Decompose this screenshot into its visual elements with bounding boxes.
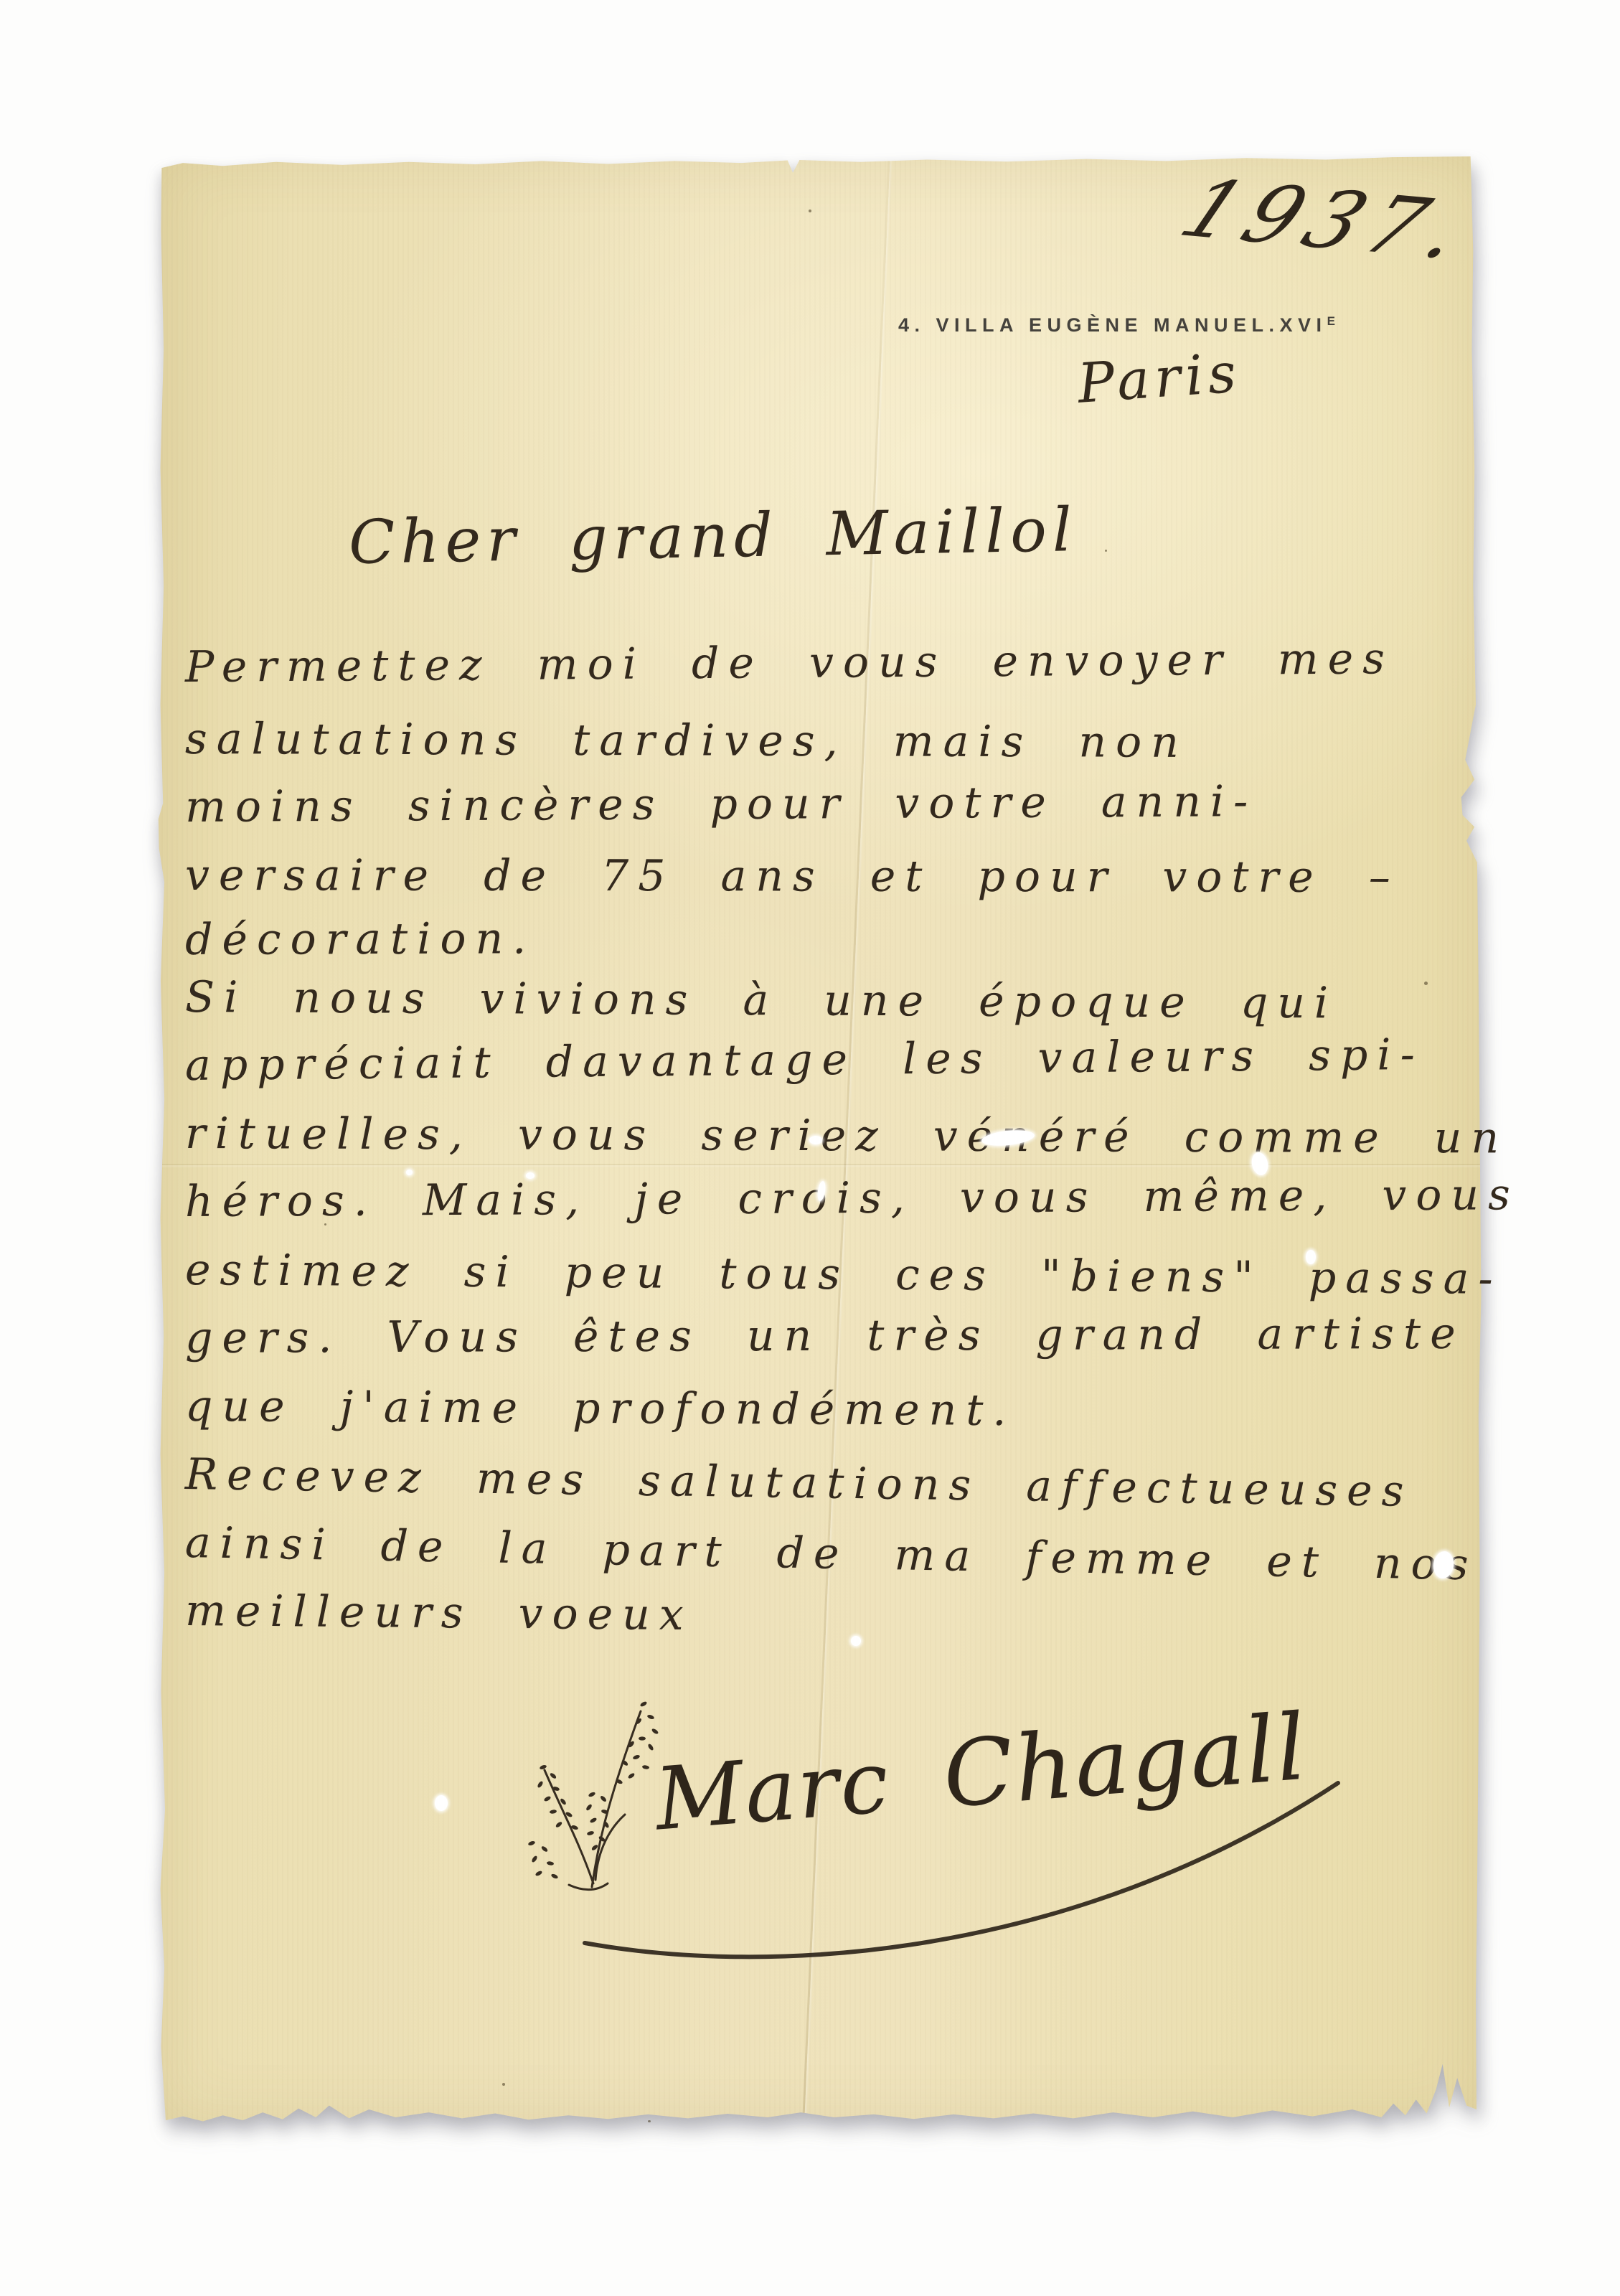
letter-line: versaire de 75 ans et pour votre –	[185, 850, 1400, 903]
damage-spot	[526, 1172, 534, 1179]
letter-line: moins sincères pour votre anni-	[185, 776, 1258, 832]
letter-line: estimez si peu tous ces "biens" passa-	[185, 1245, 1502, 1304]
letter-line: rituelles, vous seriez vénéré comme un	[185, 1109, 1508, 1163]
letterhead-arrondissement: XVI	[1280, 314, 1327, 336]
damage-hole	[851, 1636, 861, 1646]
damage-hole	[435, 1795, 448, 1811]
letter-line: que j'aime profondément.	[185, 1381, 1016, 1436]
letter-line: gers. Vous êtes un très grand artiste	[185, 1309, 1465, 1363]
foxing-speck	[1105, 550, 1107, 552]
foxing-speck	[324, 1223, 326, 1225]
letterhead-arrondissement-sup: E	[1327, 314, 1337, 328]
damage-spot	[406, 1170, 413, 1175]
foxing-speck	[648, 2120, 651, 2122]
damage-spot	[1306, 1250, 1316, 1264]
letter-line: décoration.	[185, 913, 535, 965]
fold-crease-horizontal	[156, 1164, 1485, 1165]
foxing-speck	[1424, 982, 1428, 985]
letter-line: salutations tardives, mais non	[185, 714, 1188, 768]
damage-spot	[809, 1136, 822, 1144]
letter-line: Permettez moi de vous envoyer mes	[185, 634, 1394, 692]
signature-flourish-underline	[552, 1744, 1363, 1973]
letter-line: héros. Mais, je crois, vous même, vous	[185, 1170, 1520, 1227]
letterhead-street: 4. VILLA EUGÈNE MANUEL.	[898, 314, 1280, 336]
foxing-speck	[502, 2083, 505, 2086]
handwritten-city: Paris	[1075, 340, 1243, 415]
salutation: Cher grand Maillol	[348, 494, 1078, 578]
scanned-letter-page: 1937. 4. VILLA EUGÈNE MANUEL.XVIE Paris …	[0, 0, 1620, 2296]
foxing-speck	[809, 210, 811, 212]
letterhead-address: 4. VILLA EUGÈNE MANUEL.XVIE	[898, 314, 1337, 337]
letter-line: Si nous vivions à une époque qui	[185, 972, 1337, 1028]
letter-line: meilleurs voeux	[185, 1586, 693, 1640]
